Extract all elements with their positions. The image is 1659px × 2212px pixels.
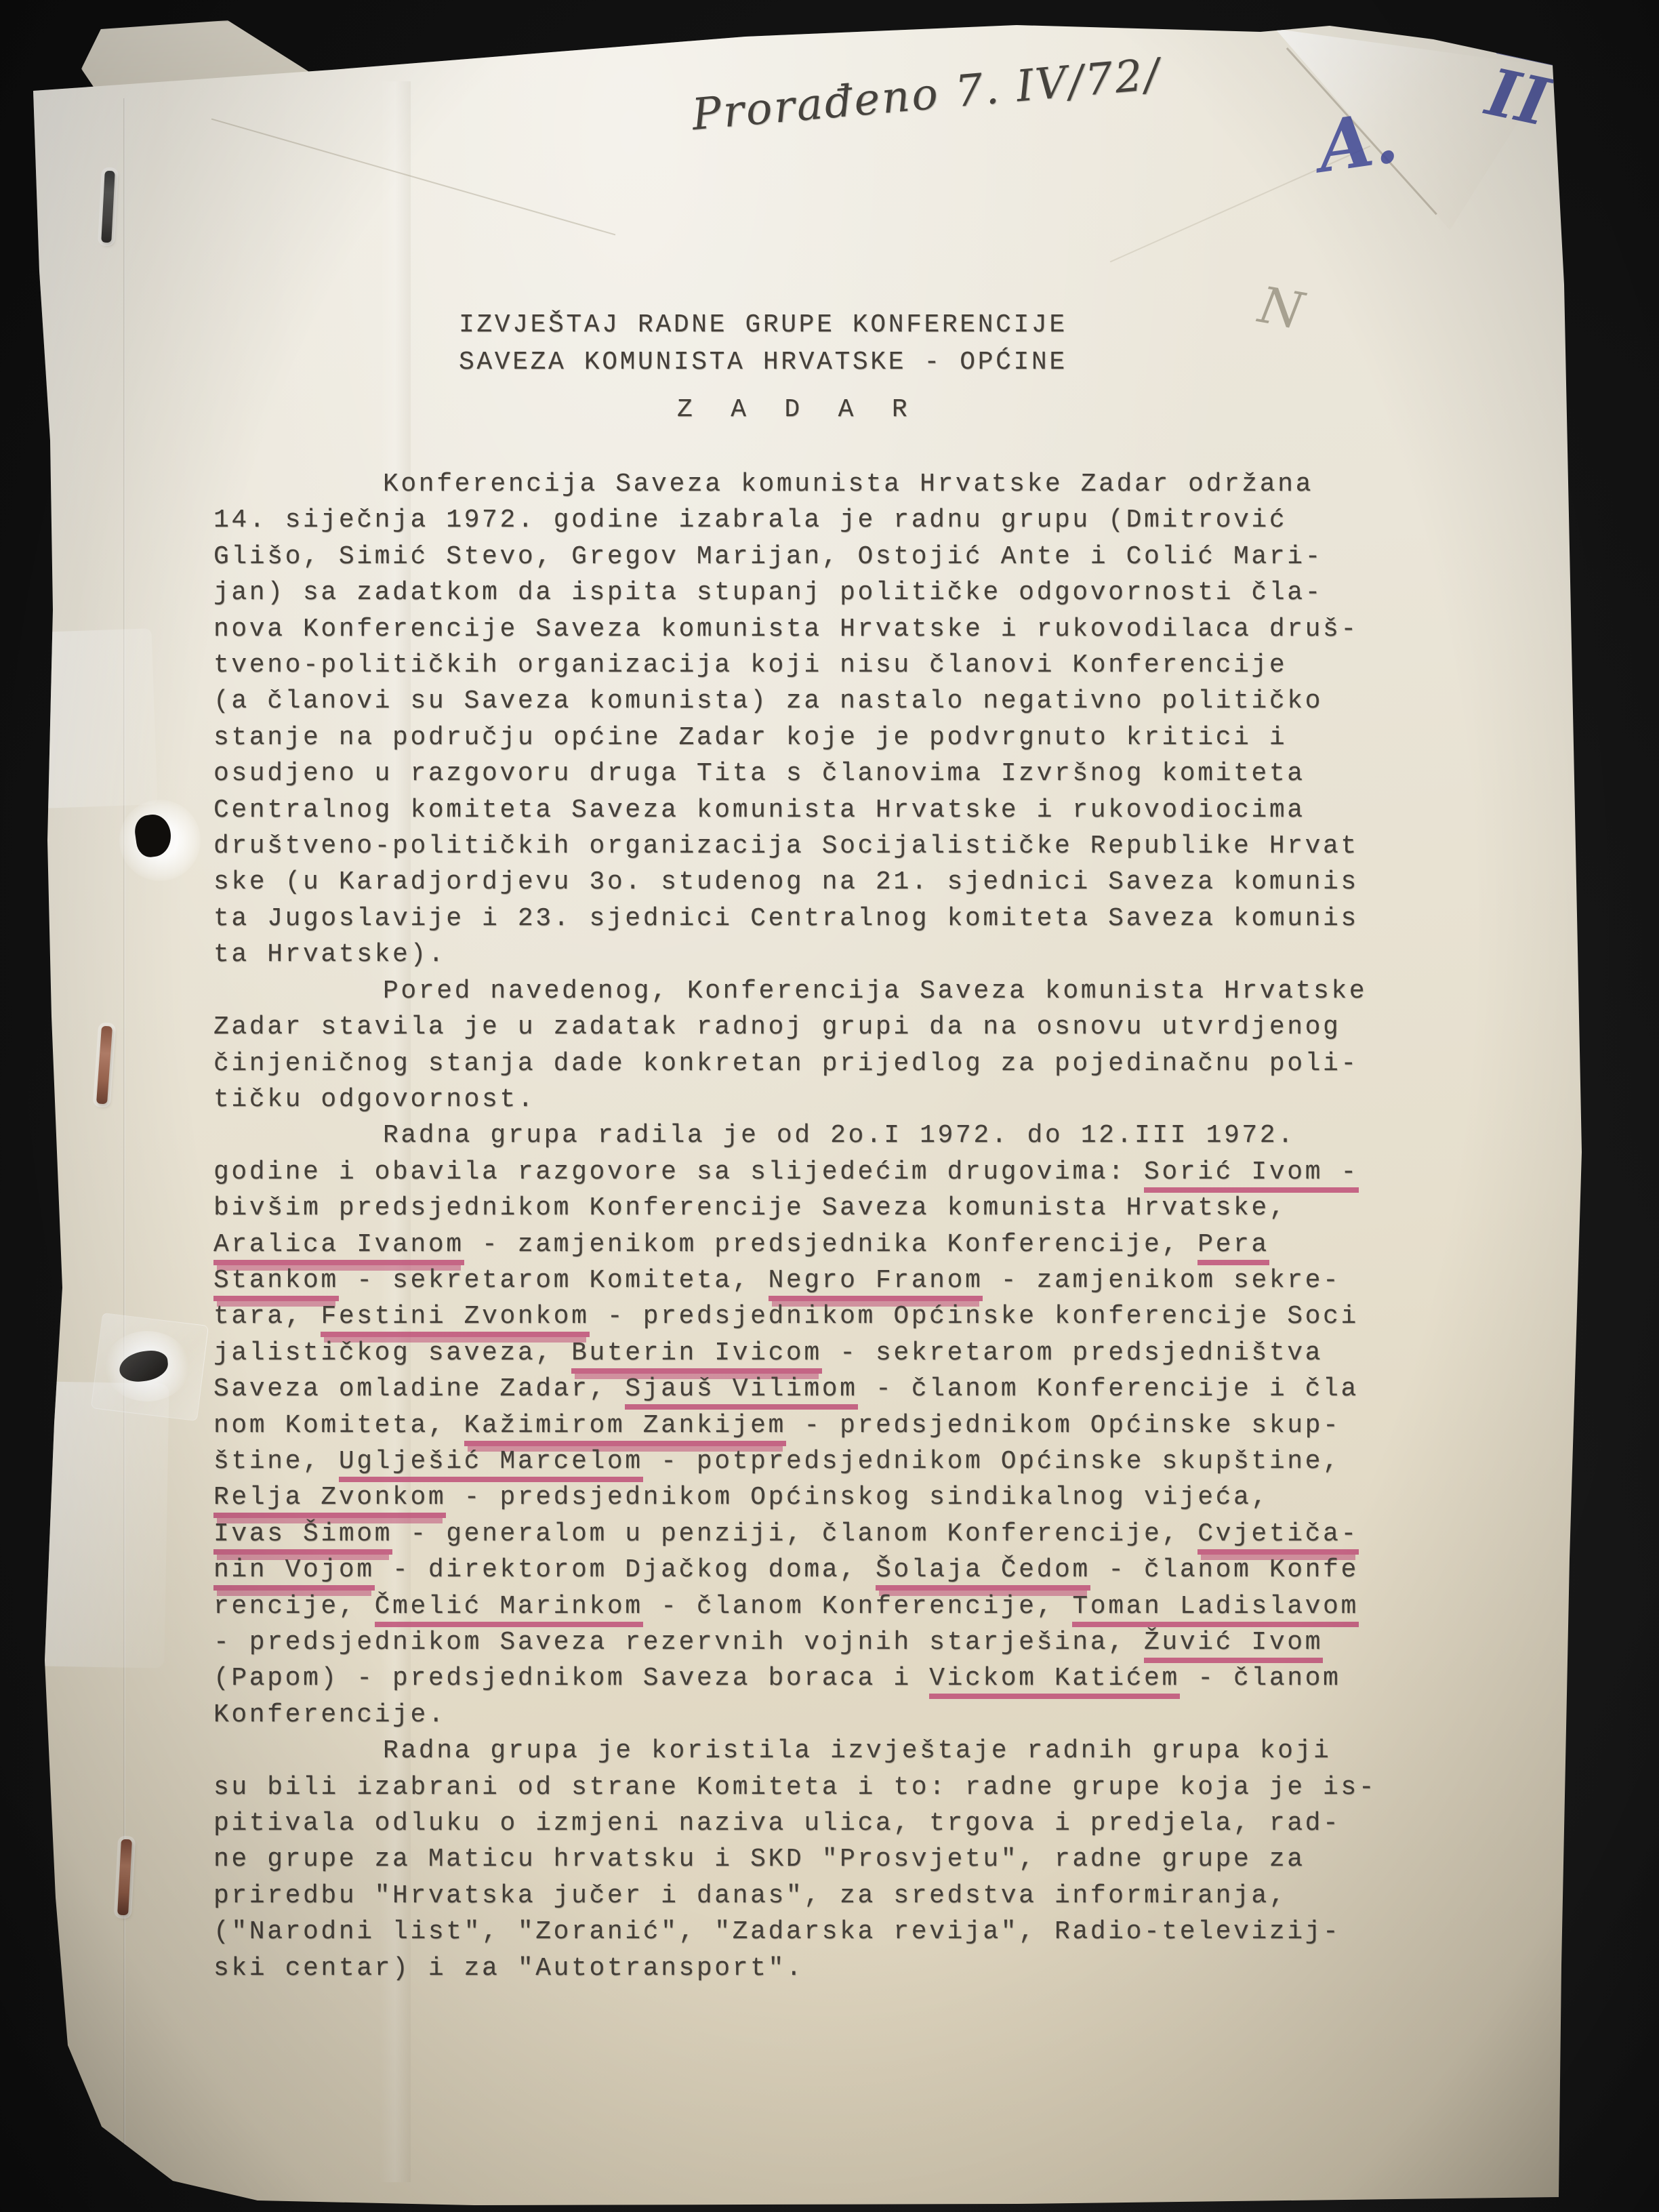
- typed-text: (Papom) - predsjednikom Saveza boraca i: [213, 1664, 929, 1693]
- punch-hole: [102, 1322, 197, 1410]
- typed-text: činjeničnog stanja dade konkretan prijed…: [213, 1049, 1359, 1078]
- typed-text: - sekretarom predsjedništva: [822, 1338, 1323, 1368]
- underlined-name: Vickom Katićem: [929, 1664, 1180, 1699]
- diagonal-crease: [211, 119, 616, 236]
- underlined-name: nin Vojom: [213, 1555, 375, 1591]
- typed-line: (Papom) - predsjednikom Saveza boraca i …: [213, 1660, 1406, 1696]
- staple-copper: [117, 1839, 132, 1916]
- typed-line: Saveza omladine Zadar, Sjauš Vilimom - č…: [213, 1371, 1406, 1407]
- typed-text: - članom: [1180, 1664, 1341, 1693]
- typed-text: jan) sa zadatkom da ispita stupanj polit…: [213, 578, 1323, 607]
- typed-text: - direktorom Djačkog doma,: [375, 1555, 876, 1584]
- typed-line: ske (u Karadjordjevu 3o. studenog na 21.…: [213, 864, 1406, 900]
- title-line-zadar: Z A D A R: [459, 391, 1067, 428]
- typed-text: godine i obavila razgovore sa slijedećim…: [213, 1158, 1144, 1187]
- underlined-name: Sjauš Vilimom: [625, 1374, 857, 1410]
- typed-line: jalističkog saveza, Buterin Ivicom - sek…: [213, 1335, 1406, 1371]
- typed-text: ski centar) i za "Autotransport".: [213, 1954, 804, 1983]
- document-page: Prorađeno 7. IV/72/ A. II N IZVJEŠTAJ RA…: [0, 0, 1659, 2212]
- typed-text: (a članovi su Saveza komunista) za nasta…: [213, 687, 1323, 716]
- typed-text: pitivala odluku o izmjeni naziva ulica, …: [213, 1809, 1340, 1838]
- typed-line: ("Narodni list", "Zoranić", "Zadarska re…: [213, 1914, 1406, 1950]
- typed-text: Glišo, Simić Stevo, Gregov Marijan, Osto…: [213, 542, 1323, 571]
- blue-ink-numeral-ii: II: [1481, 60, 1555, 136]
- underlined-name: Uglješić Marcelom: [339, 1447, 643, 1482]
- typed-text: štine,: [213, 1447, 339, 1476]
- typed-line: Glišo, Simić Stevo, Gregov Marijan, Osto…: [213, 539, 1406, 575]
- typed-line: su bili izabrani od strane Komiteta i to…: [213, 1769, 1406, 1805]
- document-title: IZVJEŠTAJ RADNE GRUPE KONFERENCIJE SAVEZ…: [459, 306, 1067, 428]
- typed-text: nova Konferencije Saveza komunista Hrvat…: [213, 615, 1359, 644]
- underlined-name: Ivas Šimom: [213, 1519, 392, 1555]
- typed-line: nova Konferencije Saveza komunista Hrvat…: [213, 611, 1406, 647]
- typed-line: ta Jugoslavije i 23. sjednici Centralnog…: [213, 901, 1406, 937]
- typed-text: ta Jugoslavije i 23. sjednici Centralnog…: [213, 904, 1359, 933]
- typed-line: Centralnog komiteta Saveza komunista Hrv…: [213, 792, 1406, 828]
- typed-text: bivšim predsjednikom Konferencije Saveza…: [213, 1193, 1287, 1223]
- typed-line: priredbu "Hrvatska jučer i danas", za sr…: [213, 1878, 1406, 1914]
- handwritten-date-note: Prorađeno 7. IV/72/: [691, 53, 1163, 137]
- typed-text: - članom Konferencije,: [643, 1592, 1073, 1621]
- typed-text: nom Komiteta,: [213, 1411, 464, 1440]
- typed-line: - predsjednikom Saveza rezervnih vojnih …: [213, 1624, 1406, 1660]
- typed-text: Radna grupa je koristila izvještaje radn…: [383, 1736, 1331, 1765]
- typed-text: Saveza omladine Zadar,: [213, 1374, 625, 1404]
- typed-text: - predsjednikom Općinske konferencije So…: [590, 1302, 1359, 1331]
- underlined-name: Šolaja Čedom: [876, 1555, 1090, 1591]
- typed-text: tveno-političkih organizacija koji nisu …: [213, 651, 1287, 680]
- underlined-name: Čmelić Marinkom: [375, 1592, 643, 1627]
- typed-line: (a članovi su Saveza komunista) za nasta…: [213, 683, 1406, 719]
- typed-text: 14. siječnja 1972. godine izabrala je ra…: [213, 506, 1287, 535]
- typed-text: - zamjenikom predsjednika Konferencije,: [464, 1230, 1198, 1259]
- underlined-name: Cvjetiča-: [1197, 1519, 1359, 1555]
- blue-ink-mark-a: A.: [1313, 102, 1401, 182]
- typed-line: tveno-političkih organizacija koji nisu …: [213, 647, 1406, 683]
- typed-line: društveno-političkih organizacija Socija…: [213, 828, 1406, 864]
- staple-copper: [96, 1026, 112, 1105]
- typed-line: Konferencija Saveza komunista Hrvatske Z…: [213, 466, 1406, 502]
- typed-line: ta Hrvatske).: [213, 937, 1406, 972]
- typed-text: priredbu "Hrvatska jučer i danas", za sr…: [213, 1881, 1287, 1910]
- underlined-name: Buterin Ivicom: [571, 1338, 822, 1374]
- typed-line: činjeničnog stanja dade konkretan prijed…: [213, 1046, 1406, 1082]
- typed-line: Stankom - sekretarom Komiteta, Negro Fra…: [213, 1263, 1406, 1298]
- typed-text: ta Hrvatske).: [213, 940, 446, 969]
- typed-line: Relja Zvonkom - predsjednikom Općinskog …: [213, 1479, 1406, 1515]
- underlined-name: Negro Franom: [769, 1266, 983, 1301]
- typed-text: Zadar stavila je u zadatak radnoj grupi …: [213, 1012, 1340, 1042]
- typed-line: ski centar) i za "Autotransport".: [213, 1950, 1406, 1986]
- typed-line: tičku odgovornost.: [213, 1082, 1406, 1118]
- typed-text: tičku odgovornost.: [213, 1085, 535, 1114]
- typed-text: - sekretarom Komiteta,: [339, 1266, 769, 1295]
- typed-line: nin Vojom - direktorom Djačkog doma, Šol…: [213, 1552, 1406, 1588]
- title-line-1: IZVJEŠTAJ RADNE GRUPE KONFERENCIJE: [459, 306, 1067, 344]
- underlined-name: Žuvić Ivom: [1144, 1628, 1323, 1663]
- tape-over-hole: [91, 1313, 209, 1421]
- typed-text: su bili izabrani od strane Komiteta i to…: [213, 1773, 1376, 1802]
- typed-text: - članom Konfe: [1090, 1555, 1359, 1584]
- typed-text: društveno-političkih organizacija Socija…: [213, 832, 1359, 861]
- photograph-of-document: Prorađeno 7. IV/72/ A. II N IZVJEŠTAJ RA…: [0, 0, 1659, 2212]
- typed-text: Pored navedenog, Konferencija Saveza kom…: [383, 977, 1367, 1006]
- typed-text: ("Narodni list", "Zoranić", "Zadarska re…: [213, 1917, 1340, 1946]
- typed-line: štine, Uglješić Marcelom - potpredsjedni…: [213, 1443, 1406, 1479]
- typed-line: rencije, Čmelić Marinkom - članom Konfer…: [213, 1589, 1406, 1624]
- punch-hole: [119, 800, 201, 881]
- typed-text: - članom Konferencije i čla: [858, 1374, 1359, 1404]
- typed-text: ne grupe za Maticu hrvatsku i SKD "Prosv…: [213, 1845, 1305, 1874]
- typed-text: osudjeno u razgovoru druga Tita s članov…: [213, 759, 1305, 788]
- pencil-mark: N: [1255, 280, 1307, 337]
- underlined-name: Pera: [1197, 1230, 1269, 1265]
- typed-line: jan) sa zadatkom da ispita stupanj polit…: [213, 575, 1406, 611]
- typed-line: ne grupe za Maticu hrvatsku i SKD "Prosv…: [213, 1841, 1406, 1877]
- underlined-name: Aralica Ivanom: [213, 1230, 464, 1265]
- typed-text: rencije,: [213, 1592, 375, 1621]
- underlined-name: Relja Zvonkom: [213, 1483, 446, 1518]
- typed-text: - potpredsjednikom Općinske skupštine,: [643, 1447, 1341, 1476]
- typed-text: Konferencije.: [213, 1700, 446, 1729]
- typed-text: - zamjenikom sekre-: [983, 1266, 1340, 1295]
- typed-text: stanje na području općine Zadar koje je …: [213, 723, 1287, 752]
- typed-line: godine i obavila razgovore sa slijedećim…: [213, 1154, 1406, 1190]
- typed-line: Radna grupa radila je od 2o.I 1972. do 1…: [213, 1118, 1406, 1153]
- typed-text: - generalom u penziji, članom Konferenci…: [392, 1519, 1197, 1549]
- typed-text: Centralnog komiteta Saveza komunista Hrv…: [213, 796, 1305, 825]
- typed-line: Zadar stavila je u zadatak radnoj grupi …: [213, 1009, 1406, 1045]
- paragraph: Radna grupa radila je od 2o.I 1972. do 1…: [213, 1118, 1406, 1733]
- underlined-name: Kažimirom Zankijem: [464, 1411, 786, 1446]
- typed-text: Radna grupa radila je od 2o.I 1972. do 1…: [383, 1121, 1296, 1150]
- typed-line: Radna grupa je koristila izvještaje radn…: [213, 1733, 1406, 1769]
- typed-text: - predsjednikom Općinske skup-: [786, 1411, 1341, 1440]
- typed-text: tara,: [213, 1302, 321, 1331]
- typed-line: bivšim predsjednikom Konferencije Saveza…: [213, 1190, 1406, 1226]
- typed-line: Aralica Ivanom - zamjenikom predsjednika…: [213, 1227, 1406, 1263]
- paragraph: Pored navedenog, Konferencija Saveza kom…: [213, 973, 1406, 1118]
- typed-line: Pored navedenog, Konferencija Saveza kom…: [213, 973, 1406, 1009]
- paragraph: Radna grupa je koristila izvještaje radn…: [213, 1733, 1406, 1986]
- typed-line: 14. siječnja 1972. godine izabrala je ra…: [213, 502, 1406, 538]
- underlined-name: Stankom: [213, 1266, 339, 1301]
- staple-steel: [101, 171, 115, 243]
- title-line-2: SAVEZA KOMUNISTA HRVATSKE - OPĆINE: [459, 344, 1067, 381]
- typed-line: Ivas Šimom - generalom u penziji, članom…: [213, 1516, 1406, 1552]
- tape-repair: [37, 628, 158, 808]
- paragraph: Konferencija Saveza komunista Hrvatske Z…: [213, 466, 1406, 973]
- typed-line: nom Komiteta, Kažimirom Zankijem - preds…: [213, 1408, 1406, 1443]
- typed-text: jalističkog saveza,: [213, 1338, 571, 1368]
- typed-line: Konferencije.: [213, 1697, 1406, 1733]
- typed-line: stanje na području općine Zadar koje je …: [213, 720, 1406, 756]
- typed-text: - predsjednikom Saveza rezervnih vojnih …: [213, 1628, 1144, 1657]
- underlined-name: Festini Zvonkom: [321, 1302, 589, 1337]
- typed-text: Konferencija Saveza komunista Hrvatske Z…: [383, 470, 1313, 499]
- underlined-name: Sorić Ivom -: [1144, 1158, 1359, 1193]
- typed-line: tara, Festini Zvonkom - predsjednikom Op…: [213, 1298, 1406, 1334]
- tape-repair: [35, 1381, 169, 1668]
- typed-line: osudjeno u razgovoru druga Tita s članov…: [213, 756, 1406, 792]
- typed-line: pitivala odluku o izmjeni naziva ulica, …: [213, 1805, 1406, 1841]
- typed-text: - predsjednikom Općinskog sindikalnog vi…: [446, 1483, 1269, 1512]
- typed-body: Konferencija Saveza komunista Hrvatske Z…: [213, 466, 1406, 1986]
- typed-text: ske (u Karadjordjevu 3o. studenog na 21.…: [213, 867, 1359, 897]
- underlined-name: Toman Ladislavom: [1072, 1592, 1358, 1627]
